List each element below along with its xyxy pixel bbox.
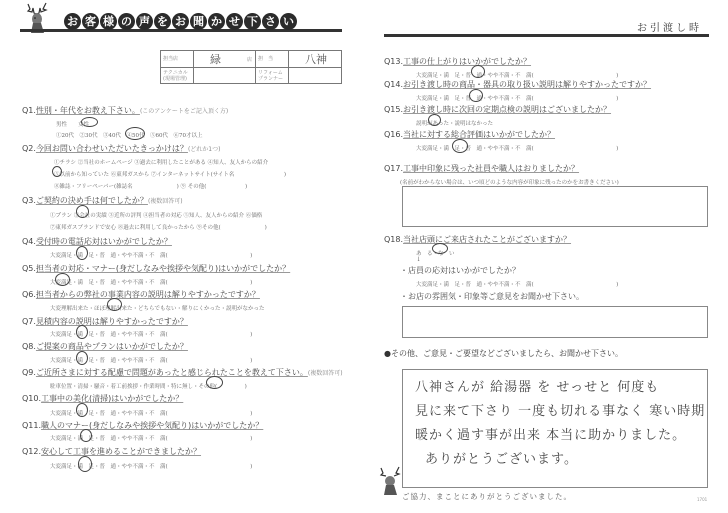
question-text: 工事の仕上がりはいかがでしたか？ xyxy=(403,57,531,66)
question-text: お引き渡し時の商品・器具の取り扱い説明は解りやすかったですか？ xyxy=(403,80,651,89)
q18-sub1-options[interactable]: 大変満足・満 足・普 通・やや不満・不 満( ) xyxy=(416,280,618,288)
question-number: Q16. xyxy=(384,130,403,139)
q17-answer-box[interactable] xyxy=(402,186,708,227)
question-q1: Q1.性別・年代をお教え下さい。(このアンケートをご記入頂く方) xyxy=(22,105,228,116)
title-char: 客 xyxy=(82,13,99,30)
deer-footer-icon xyxy=(378,466,402,496)
question-number: Q4. xyxy=(22,237,36,246)
question-q10: Q10.工事中の美化(清掃)はいかがでしたか？ xyxy=(22,393,183,404)
q9-selected-circle xyxy=(206,376,223,389)
person-label: 担 当 xyxy=(256,51,289,68)
comments-heading: ●その他、ご意見・ご要望などございましたら、お聞かせ下さい。 xyxy=(384,348,623,359)
q3-selected-circle xyxy=(76,205,89,218)
question-text: 担当者の対応・マナー(身だしなみや挨拶や気配り)はいかがでしたか？ xyxy=(36,264,290,273)
question-q6: Q6.担当者からの弊社の事業内容の説明は解りやすかったですか？ xyxy=(22,289,260,300)
q11-selected-circle xyxy=(80,429,92,442)
question-q2: Q2.今回お問い合わせいただいたきっかけは？(どれか1つ) xyxy=(22,143,220,154)
q10-selected-circle xyxy=(76,403,88,417)
question-text: 受付時の電話応対はいかがでしたか？ xyxy=(36,237,172,246)
question-number: Q8. xyxy=(22,342,36,351)
person-value: 八神 xyxy=(305,53,327,66)
comment-line-4: ありがとうございます。 xyxy=(425,448,578,467)
q2-options-line1[interactable]: ①チラシ ②当社のホームページ ③過去に利用したことがある ④知人、友人からの紹… xyxy=(54,158,268,166)
q14-selected-circle xyxy=(469,89,483,102)
question-q12: Q12.安心して工事を進めることができましたか？ xyxy=(22,446,201,457)
q8-selected-circle xyxy=(76,351,88,365)
title-char: せ xyxy=(226,13,243,30)
question-q3: Q3.ご契約の決め手は何でしたか？(複数回答可) xyxy=(22,195,183,206)
question-number: Q9. xyxy=(22,368,36,377)
title-char: 様 xyxy=(100,13,117,30)
question-number: Q3. xyxy=(22,196,36,205)
question-text: 工事中印象に残った社員や職人はおりましたか？ xyxy=(403,164,579,173)
question-text: 当社店頭にご来店されたことがございますか？ xyxy=(403,235,571,244)
q1-age-selected-circle xyxy=(125,127,145,140)
question-text: 安心して工事を進めることができましたか？ xyxy=(41,447,201,456)
q6-selected-circle xyxy=(107,298,122,311)
comments-box[interactable]: 八神さんが 給湯器 を せっせと 何度も 見に来て下さり 一度も切れる事なく 寒… xyxy=(402,369,708,488)
q3-options-line2[interactable]: ⑦東邦ガスブランドで安心 ⑧過去に利用して良かったから ⑨その他( ) xyxy=(50,223,267,231)
question-text: 職人のマナー(身だしなみや挨拶や気配り)はいかがでしたか？ xyxy=(41,421,263,430)
question-number: Q2. xyxy=(22,144,36,153)
title-char: 声 xyxy=(136,13,153,30)
question-number: Q12. xyxy=(22,447,41,456)
form-code: 1701 xyxy=(697,497,707,502)
question-q4: Q4.受付時の電話応対はいかがでしたか？ xyxy=(22,236,172,247)
q13-options[interactable]: 大変満足・満 足・普 通・やや不満・不 満( ) xyxy=(416,71,618,79)
question-number: Q13. xyxy=(384,57,403,66)
question-text: 担当者からの弊社の事業内容の説明は解りやすかったですか？ xyxy=(36,290,260,299)
q12-selected-circle xyxy=(78,456,92,472)
question-text: 見積内容の説明は解りやすかったですか？ xyxy=(36,317,188,326)
question-text: 性別・年代をお教え下さい。 xyxy=(36,106,140,115)
q18-sub1-question: ・店員の応対はいかがでしたか？ xyxy=(400,265,520,276)
branch-field[interactable]: 緑 店 xyxy=(194,51,256,68)
q18-sub2-answer-box[interactable] xyxy=(402,306,708,338)
branch-label: 担当店 xyxy=(161,51,194,68)
person-field[interactable]: 八神 xyxy=(289,51,342,68)
question-number: Q15. xyxy=(384,105,403,114)
staff-table: 担当店 緑 店 担 当 八神 テクニカル(現場管理) リフォームプランナー xyxy=(160,50,342,84)
title-char: い xyxy=(280,13,297,30)
technical-label-line2: (現場管理) xyxy=(163,76,187,82)
q16-options[interactable]: 大変満足・満 足・普 通・やや不満・不 満( ) xyxy=(416,144,618,152)
planner-field[interactable] xyxy=(289,68,342,84)
title-char: 聞 xyxy=(190,13,207,30)
section-title-handover: お引渡し時 xyxy=(637,19,702,34)
q13-selected-circle xyxy=(471,65,485,78)
q5-selected-circle xyxy=(55,273,70,286)
title-char: を xyxy=(154,13,171,30)
comment-line-1: 八神さんが 給湯器 を せっせと 何度も xyxy=(415,376,659,395)
question-q16: Q16.当社に対する総合評価はいかがでしたか？ xyxy=(384,129,555,140)
question-q7: Q7.見積内容の説明は解りやすかったですか？ xyxy=(22,316,188,327)
question-note: (複数回答可) xyxy=(148,198,183,205)
question-number: Q10. xyxy=(22,394,41,403)
question-q11: Q11.職人のマナー(身だしなみや挨拶や気配り)はいかがでしたか？ xyxy=(22,420,263,431)
question-q8: Q8.ご提案の商品やプランはいかがでしたか？ xyxy=(22,341,188,352)
question-text: 今回お問い合わせいただいたきっかけは？ xyxy=(36,144,188,153)
question-text: ご契約の決め手は何でしたか？ xyxy=(36,196,148,205)
question-note: (どれか1つ) xyxy=(188,146,221,153)
planner-label-line2: プランナー xyxy=(258,76,283,82)
question-number: Q1. xyxy=(22,106,36,115)
survey-page: お 客 様 の 声 を お 聞 か せ 下 さ い お引渡し時 担当店 緑 店 … xyxy=(0,0,728,513)
branch-suffix: 店 xyxy=(247,56,252,63)
question-number: Q7. xyxy=(22,317,36,326)
page-title: お 客 様 の 声 を お 聞 か せ 下 さ い xyxy=(64,13,297,30)
question-number: Q14. xyxy=(384,80,403,89)
q5-options[interactable]: 大変満足・満 足・普 通・やや不満・不 満( ) xyxy=(50,278,252,286)
question-q9: Q9.ご近所さまに対する配慮で問題があったと感じられたことを教えて下さい。(複数… xyxy=(22,367,343,378)
question-text: ご提案の商品やプランはいかがでしたか？ xyxy=(36,342,188,351)
question-text: ご近所さまに対する配慮で問題があったと感じられたことを教えて下さい。 xyxy=(36,368,308,377)
question-text: 工事中の美化(清掃)はいかがでしたか？ xyxy=(41,394,183,403)
q1-gender-selected-circle xyxy=(81,117,98,127)
q7-selected-circle xyxy=(76,325,88,339)
question-q17: Q17.工事中印象に残った社員や職人はおりましたか？ xyxy=(384,163,579,174)
title-char: お xyxy=(64,13,81,30)
question-note: (このアンケートをご記入頂く方) xyxy=(140,108,228,115)
question-q18: Q18.当社店頭にご来店されたことがございますか？ xyxy=(384,234,571,245)
q2-selected-circle xyxy=(52,166,62,177)
title-char: の xyxy=(118,13,135,30)
question-number: Q17. xyxy=(384,164,403,173)
question-text: 当社に対する総合評価はいかがでしたか？ xyxy=(403,130,555,139)
question-number: Q6. xyxy=(22,290,36,299)
right-title-underline xyxy=(384,34,709,37)
q18-sub2-question: ・お店の雰囲気・印象等ご意見をお聞かせ下さい。 xyxy=(400,291,584,302)
q14-options[interactable]: 大変満足・満 足・普 通・やや不満・不 満( ) xyxy=(416,94,618,102)
title-char: お xyxy=(172,13,189,30)
thanks-message: ご協力、まことにありがとうございました。 xyxy=(402,491,572,502)
technical-field[interactable] xyxy=(194,68,256,84)
question-number: Q18. xyxy=(384,235,403,244)
question-text: お引き渡し時に次回の定期点検の説明はございましたか？ xyxy=(403,105,611,114)
question-number: Q5. xyxy=(22,264,36,273)
q17-note: (名前がわからない場合は、いつ頃どのような内容が印象に残ったのかをお書きください… xyxy=(400,178,619,186)
question-note: (複数回答可) xyxy=(308,370,343,377)
title-char: さ xyxy=(262,13,279,30)
title-char: 下 xyxy=(244,13,261,30)
q2-options-line2[interactable]: ⑤以前から知っていた ⑥東邦ガスから ⑦インターネットサイト(サイト名 ) xyxy=(54,170,286,178)
question-q15: Q15.お引き渡し時に次回の定期点検の説明はございましたか？ xyxy=(384,104,611,115)
branch-value: 緑 xyxy=(210,53,221,66)
q18-arrow: ↓ xyxy=(416,256,421,263)
comment-line-2: 見に来て下さり 一度も切れる事なく 寒い時期 xyxy=(415,400,705,419)
comment-line-3: 暖かく過す事が出来 本当に助かりました。 xyxy=(415,424,686,443)
question-q14: Q14.お引き渡し時の商品・器具の取り扱い説明は解りやすかったですか？ xyxy=(384,79,651,90)
question-number: Q11. xyxy=(22,421,41,430)
question-q13: Q13.工事の仕上がりはいかがでしたか？ xyxy=(384,56,531,67)
q16-selected-circle xyxy=(452,139,468,153)
q15-selected-circle xyxy=(428,114,441,126)
technical-label: テクニカル(現場管理) xyxy=(161,68,194,84)
q6-options[interactable]: 大変理解出来た・ほぼ理解出来た・どちらでもない・解りにくかった・説明がなかった xyxy=(50,304,264,312)
planner-label: リフォームプランナー xyxy=(256,68,289,84)
q2-options-line3[interactable]: ⑧雑誌・フリーペーパー(雑誌名 ) ⑨ その他( ) xyxy=(54,182,247,190)
title-char: か xyxy=(208,13,225,30)
q18-selected-circle xyxy=(432,243,448,254)
q4-selected-circle xyxy=(76,246,88,260)
